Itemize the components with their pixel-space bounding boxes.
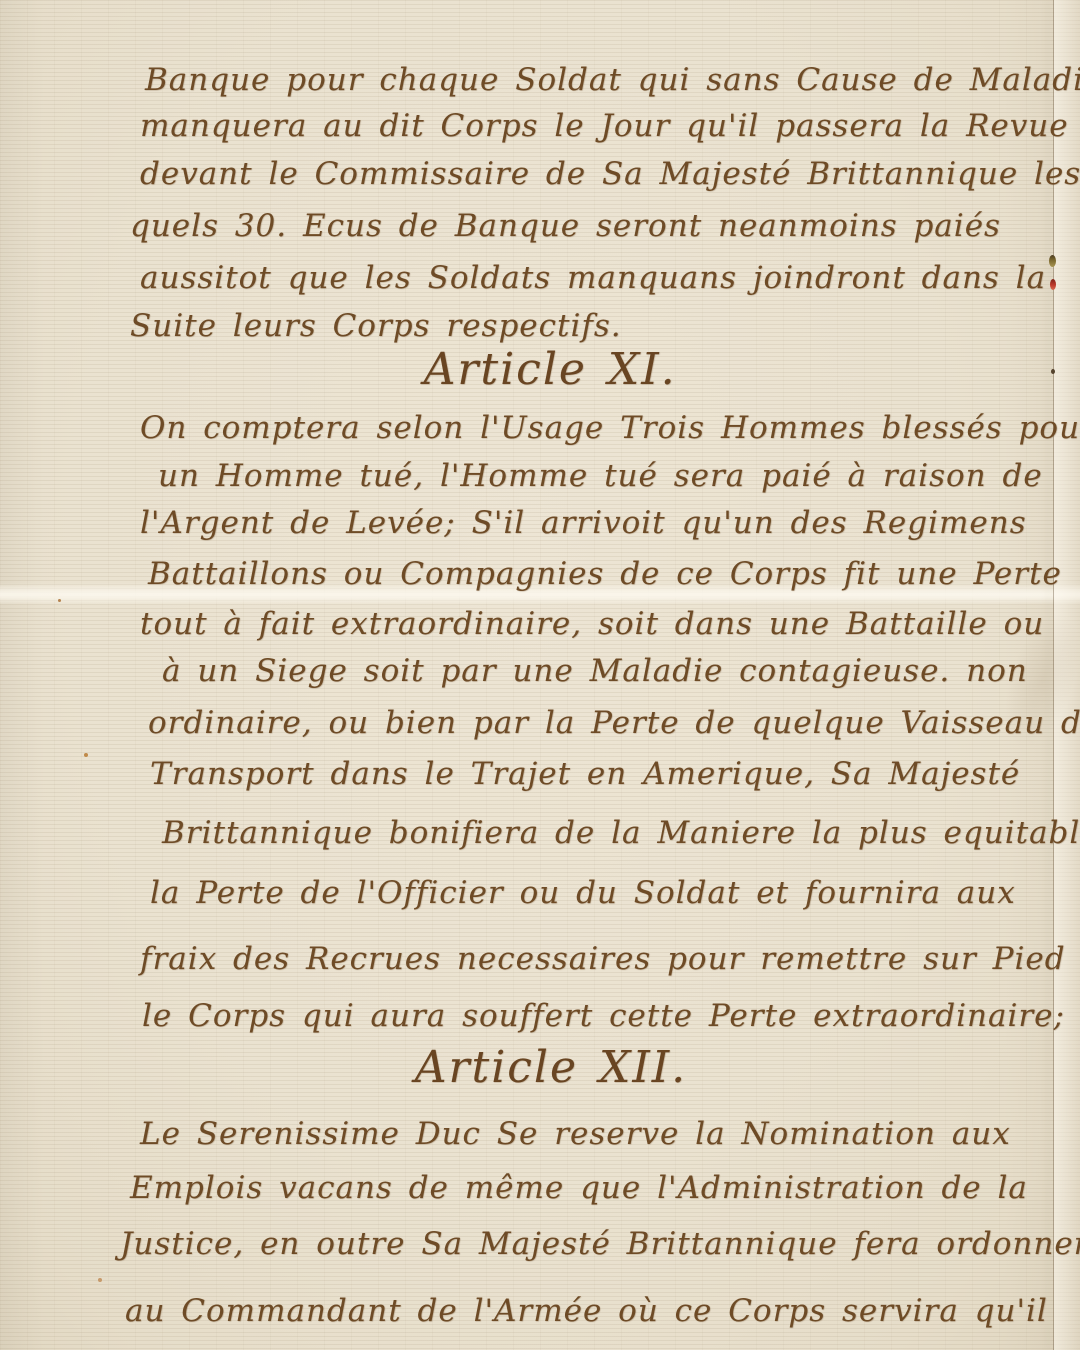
manuscript-line: Brittannique bonifiera de la Maniere la … <box>162 815 1080 851</box>
manuscript-line: au Commandant de l'Armée où ce Corps ser… <box>125 1293 1048 1329</box>
manuscript-line: Battaillons ou Compagnies de ce Corps fi… <box>148 556 1062 592</box>
manuscript-line: la Perte de l'Officier ou du Soldat et f… <box>150 875 1016 911</box>
manuscript-line: devant le Commissaire de Sa Majesté Brit… <box>140 156 1080 192</box>
manuscript-line: Transport dans le Trajet en Amerique, Sa… <box>150 756 1020 792</box>
manuscript-line: le Corps qui aura souffert cette Perte e… <box>142 998 1065 1034</box>
manuscript-line: ordinaire, ou bien par la Perte de quelq… <box>148 705 1080 741</box>
manuscript-line: un Homme tué, l'Homme tué sera paié à ra… <box>158 458 1043 494</box>
manuscript-line: manquera au dit Corps le Jour qu'il pass… <box>140 108 1069 144</box>
ink-speck-dark <box>1051 369 1055 374</box>
manuscript-line: Le Serenissime Duc Se reserve la Nominat… <box>140 1116 1011 1152</box>
ink-speck-red <box>1050 279 1056 290</box>
manuscript-line: l'Argent de Levée; S'il arrivoit qu'un d… <box>140 505 1027 541</box>
manuscript-line: à un Siege soit par une Maladie contagie… <box>162 653 1028 689</box>
manuscript-line: quels 30. Ecus de Banque seront neanmoin… <box>130 208 1001 244</box>
ink-speck-olive <box>1049 255 1056 267</box>
manuscript-line: Suite leurs Corps respectifs. <box>130 308 622 344</box>
manuscript-line: tout à fait extraordinaire, soit dans un… <box>140 606 1044 642</box>
rust-speck <box>84 753 88 757</box>
manuscript-line: Emplois vacans de même que l'Administrat… <box>130 1170 1028 1206</box>
rust-speck <box>58 599 61 602</box>
manuscript-line: On comptera selon l'Usage Trois Hommes b… <box>140 410 1080 446</box>
manuscript-line: aussitot que les Soldats manquans joindr… <box>140 260 1046 296</box>
article-11-heading: Article XI. <box>424 344 677 395</box>
article-12-heading: Article XII. <box>415 1042 687 1093</box>
rust-speck <box>98 1278 102 1282</box>
manuscript-line: Banque pour chaque Soldat qui sans Cause… <box>145 62 1080 98</box>
manuscript-line: fraix des Recrues necessaires pour remet… <box>140 941 1066 977</box>
manuscript-page: Banque pour chaque Soldat qui sans Cause… <box>0 0 1080 1350</box>
manuscript-line: Justice, en outre Sa Majesté Brittanniqu… <box>120 1226 1080 1262</box>
